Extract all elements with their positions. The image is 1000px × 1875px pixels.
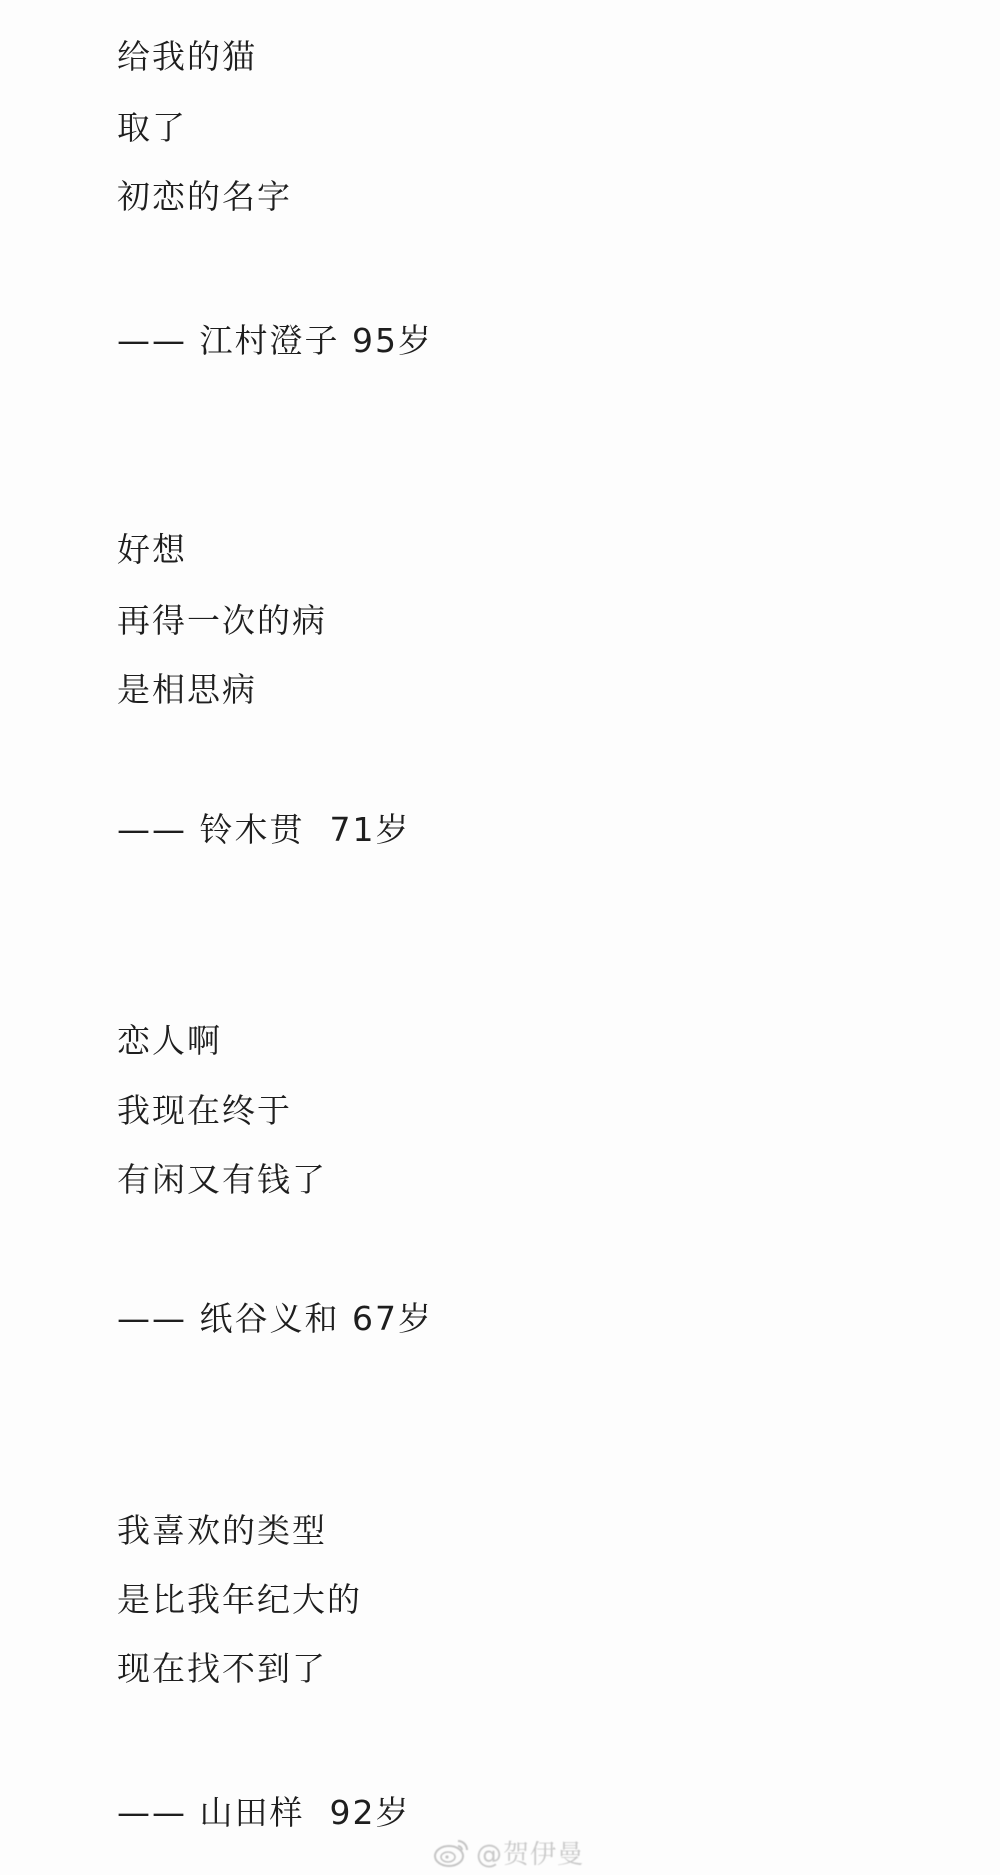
- poem-line: 给我的猫: [117, 37, 257, 77]
- poem-line: 我喜欢的类型: [117, 1511, 327, 1551]
- poem-attribution: —— 铃木贯 71岁: [117, 810, 410, 850]
- poem-line: 我现在终于: [117, 1091, 292, 1131]
- poem-line: 好想: [117, 530, 187, 570]
- poem-attribution: —— 江村澄子 95岁: [117, 321, 433, 361]
- poem-attribution: —— 山田样 92岁: [117, 1793, 410, 1833]
- poem-line: 再得一次的病: [117, 601, 327, 641]
- poem-line: 初恋的名字: [117, 177, 292, 217]
- poem-line: 现在找不到了: [117, 1649, 327, 1689]
- poem-line: 恋人啊: [117, 1021, 222, 1061]
- poem-line: 有闲又有钱了: [117, 1160, 327, 1200]
- weibo-icon: [432, 1835, 472, 1869]
- poem-line: 取了: [117, 108, 187, 148]
- poem-line: 是比我年纪大的: [117, 1580, 362, 1620]
- poem-attribution: —— 纸谷义和 67岁: [117, 1299, 433, 1339]
- watermark-text: @贺伊曼: [476, 1834, 584, 1871]
- weibo-watermark: @贺伊曼: [432, 1834, 584, 1870]
- poem-line: 是相思病: [117, 670, 257, 710]
